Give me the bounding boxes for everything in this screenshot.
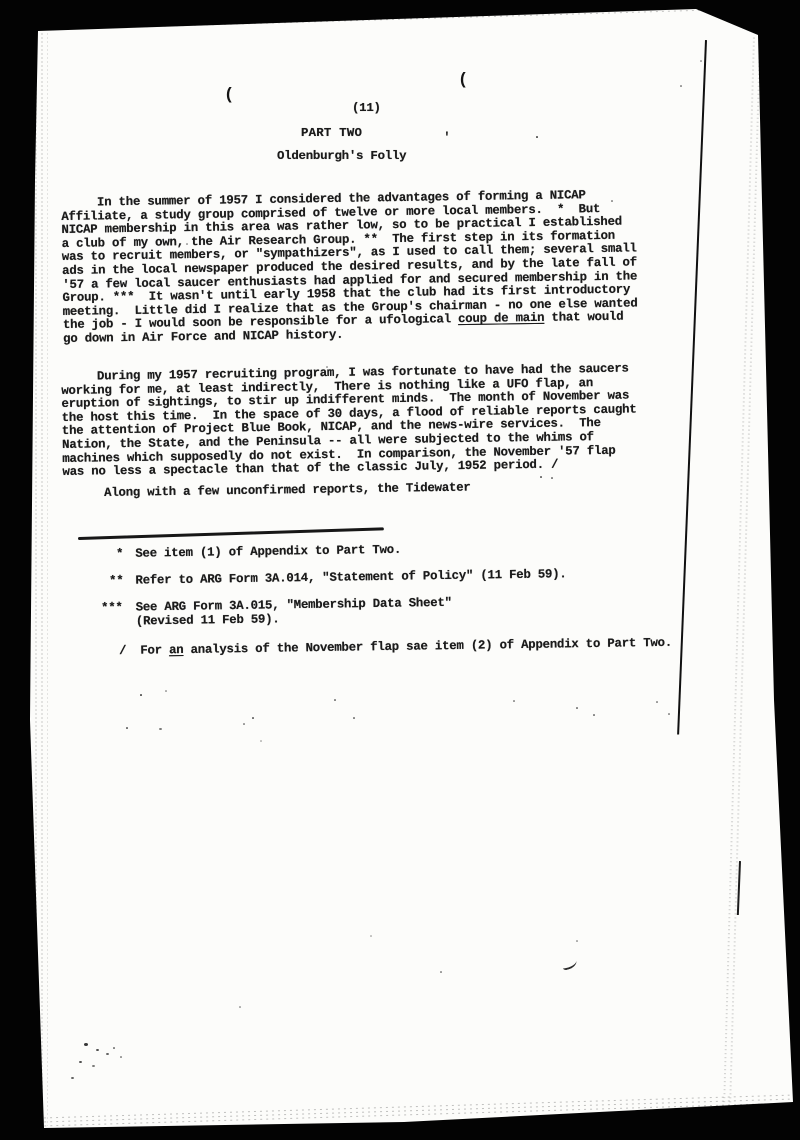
footnote-4-text: For an analysis of the November flap sae… [126, 637, 672, 659]
page-number: (11) [352, 102, 381, 116]
footnote-3-marker: *** [101, 602, 123, 616]
footnote-2-marker: ** [109, 575, 124, 589]
chapter-heading: Oldenburgh's Folly [277, 150, 406, 164]
paragraph-3: Along with a few unconfirmed reports, th… [104, 482, 471, 501]
footnote-2-text: Refer to ARG Form 3A.014, "Statement of … [123, 568, 566, 588]
underlined-phrase-coup-de-main: coup de main [458, 311, 544, 326]
footnote-separator-line [78, 527, 384, 539]
scan-edge-noise-right [721, 36, 762, 1104]
stray-paren-mark-left: ( [224, 86, 234, 105]
footnote-1-text: See item (1) of Appendix to Part Two. [123, 544, 401, 562]
footnote-4-text-start: For [140, 643, 169, 657]
part-heading: PART TWO [301, 127, 362, 141]
footnote-3: ***See ARG Form 3A.015, "Membership Data… [101, 597, 452, 629]
paragraph-2: During my 1957 recruiting program, I was… [61, 362, 637, 479]
stray-squiggle-mark [561, 958, 578, 971]
footnote-1: *See item (1) of Appendix to Part Two. [116, 544, 401, 562]
paragraph-1: In the summer of 1957 I considered the a… [61, 188, 638, 346]
footnote-4-text-end: analysis of the November flap sae item (… [183, 636, 672, 657]
paper-sheet: (11) PART TWO Oldenburgh's Folly In the … [0, 0, 800, 1140]
footnote-4-underlined-word: an [169, 643, 184, 657]
scan-edge-noise-left [33, 28, 48, 1126]
footnote-2: **Refer to ARG Form 3A.014, "Statement o… [109, 568, 567, 588]
scan-edge-noise-bottom [42, 1093, 790, 1127]
footnote-4: /For an analysis of the November flap sa… [119, 637, 672, 659]
stray-paren-mark-right: ( [458, 71, 468, 90]
footnote-3-text: See ARG Form 3A.015, "Membership Data Sh… [123, 597, 453, 629]
scan-edge-noise-top [36, 3, 738, 33]
scanned-document-page: (11) PART TWO Oldenburgh's Folly In the … [0, 0, 800, 1140]
stray-tick-mark: ' [443, 130, 451, 145]
vertical-scratch-line [677, 40, 707, 735]
